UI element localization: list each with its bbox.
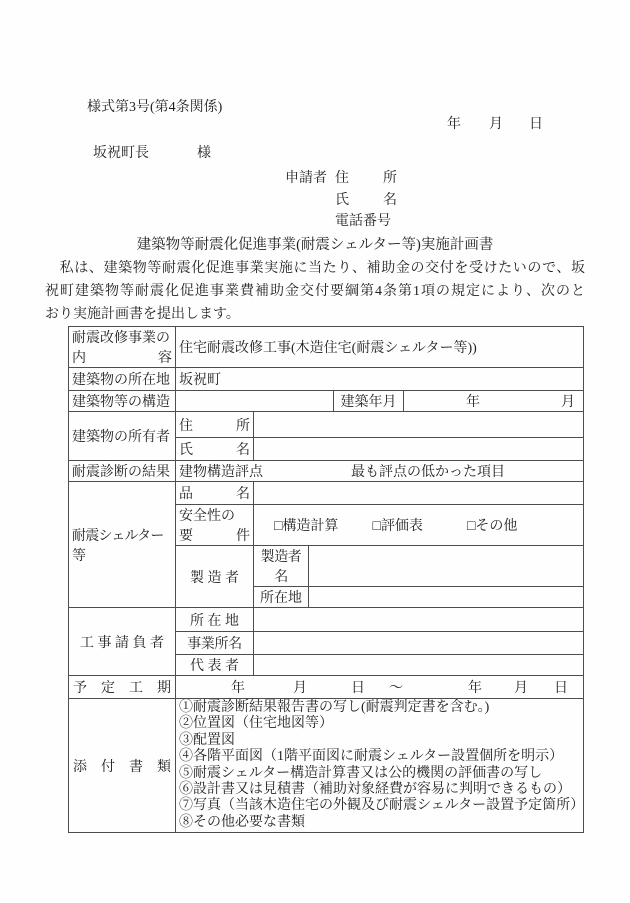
applicant-name-row: 氏 名 (285, 190, 397, 212)
applicant-block: 申請者 住 所 氏 名 電話番号 (285, 168, 397, 233)
row-planned-period: 予 定 工 期 年 月 日 ～ 年 月 日 (69, 676, 584, 699)
maker-address-value (309, 587, 584, 608)
row-owner-address: 建築物の所有者 住 所 (69, 412, 584, 438)
attachment-item: ⑤耐震シェルター構造計算書又は公的機関の評価書の写し (179, 766, 580, 782)
attachment-item: ⑧その他必要な書類 (179, 815, 580, 831)
applicant-address-label: 住 所 (335, 168, 397, 190)
built-year-label: 年 (466, 391, 480, 411)
body-line: おり実施計画書を提出します。 (45, 303, 585, 326)
date-day-label: 日 (529, 113, 543, 133)
contractor-label: 工 事 請 負 者 (69, 608, 176, 676)
applicant-address-row: 申請者 住 所 (285, 168, 397, 190)
addressee-honorific: 様 (197, 146, 211, 161)
row-shelter-product: 耐震シェルター等 品 名 (69, 482, 584, 505)
contractor-office-label: 事業所名 (176, 632, 254, 655)
attachment-item: ⑥設計書又は見積書（補助対象経費が容易に判明できるもの） (179, 782, 580, 798)
document-page: 様式第3号(第4条関係) 年 月 日 坂祝町長様 申請者 住 所 氏 名 電話番… (0, 0, 630, 903)
date-line: 年 月 日 (0, 113, 630, 133)
row-contractor-address: 工 事 請 負 者 所 在 地 (69, 608, 584, 632)
attachments-list: ①耐震診断結果報告書の写し(耐震判定書を含む。) ②位置図（住宅地図等） ③配置… (176, 699, 584, 833)
shelter-product-label: 品 名 (176, 482, 254, 505)
owner-address-value (254, 412, 584, 438)
building-structure-label: 建築物等の構造 (69, 391, 176, 412)
contractor-rep-value (254, 655, 584, 676)
body-line: 祝町建築物等耐震化促進事業費補助金交付要綱第4条第1項の規定により、次のと (45, 280, 585, 303)
contractor-office-value (254, 632, 584, 655)
addressee-line: 坂祝町長様 (93, 142, 211, 162)
application-table: 耐震改修事業の 内 容 住宅耐震改修工事(木造住宅(耐震シェルター等)) 建築物… (68, 326, 584, 833)
building-structure-value (176, 391, 334, 412)
contractor-rep-label: 代 表 者 (176, 655, 254, 676)
built-date-value: 年 月 (404, 391, 584, 412)
building-location-label: 建築物の所在地 (69, 368, 176, 391)
contractor-address-value (254, 608, 584, 632)
attachments-label: 添 付 書 類 (69, 699, 176, 833)
project-content-label: 耐震改修事業の 内 容 (69, 327, 176, 368)
planned-period-label: 予 定 工 期 (69, 676, 176, 699)
body-line: 私は、建築物等耐震化促進事業実施に当たり、補助金の交付を受けたいので、坂 (45, 257, 585, 280)
building-location-value: 坂祝町 (176, 368, 584, 391)
date-month-label: 月 (489, 113, 503, 133)
built-month-label: 月 (561, 391, 575, 411)
attachment-item: ④各階平面図（1階平面図に耐震シェルター設置個所を明示） (179, 749, 580, 765)
shelter-product-value (254, 482, 584, 505)
row-attachments: 添 付 書 類 ①耐震診断結果報告書の写し(耐震判定書を含む。) ②位置図（住宅… (69, 699, 584, 833)
body-paragraph: 私は、建築物等耐震化促進事業実施に当たり、補助金の交付を受けたいので、坂 祝町建… (45, 257, 585, 327)
attachment-item: ⑦写真（当該木造住宅の外観及び耐震シェルター設置予定箇所） (179, 798, 580, 814)
applicant-phone-row: 電話番号 (285, 211, 397, 233)
checkbox-structural-calc: □構造計算 (274, 515, 338, 535)
owner-label: 建築物の所有者 (69, 412, 176, 461)
shelter-label: 耐震シェルター等 (69, 482, 176, 608)
contractor-address-label: 所 在 地 (176, 608, 254, 632)
owner-address-label: 住 所 (176, 412, 254, 438)
shelter-safety-label: 安全性の 要 件 (176, 505, 254, 546)
date-year-label: 年 (447, 113, 461, 133)
attachment-item: ②位置図（住宅地図等） (179, 716, 580, 732)
maker-label: 製 造 者 (176, 546, 254, 608)
attachment-item: ③配置図 (179, 733, 580, 749)
project-content-value: 住宅耐震改修工事(木造住宅(耐震シェルター等)) (176, 327, 584, 368)
tilde-separator: ～ (389, 677, 403, 697)
checkbox-evaluation-sheet: □評価表 (372, 515, 422, 535)
diagnosis-result-value: 建物構造評点 最も評点の低かった項目 (176, 461, 584, 482)
row-building-location: 建築物の所在地 坂祝町 (69, 368, 584, 391)
attachment-item: ①耐震診断結果報告書の写し(耐震判定書を含む。) (179, 700, 580, 716)
document-title: 建築物等耐震化促進事業(耐震シェルター等)実施計画書 (0, 233, 630, 254)
maker-name-value (309, 546, 584, 587)
row-project-content: 耐震改修事業の 内 容 住宅耐震改修工事(木造住宅(耐震シェルター等)) (69, 327, 584, 368)
checkbox-icon: □ (372, 519, 380, 534)
lowest-score-item-label: 最も評点の低かった項目 (351, 461, 505, 481)
shelter-safety-options: □構造計算 □評価表 □その他 (254, 505, 584, 546)
maker-address-label: 所在地 (254, 587, 309, 608)
planned-period-value: 年 月 日 ～ 年 月 日 (176, 676, 584, 699)
addressee-name: 坂祝町長 (93, 146, 149, 161)
owner-name-label: 氏 名 (176, 438, 254, 461)
built-date-label: 建築年月 (334, 391, 404, 412)
applicant-name-label: 氏 名 (335, 190, 397, 212)
applicant-phone-label: 電話番号 (335, 211, 391, 233)
row-diagnosis-result: 耐震診断の結果 建物構造評点 最も評点の低かった項目 (69, 461, 584, 482)
row-building-structure: 建築物等の構造 建築年月 年 月 (69, 391, 584, 412)
checkbox-other: □その他 (467, 515, 517, 535)
diagnosis-result-label: 耐震診断の結果 (69, 461, 176, 482)
structure-score-label: 建物構造評点 (179, 461, 263, 481)
applicant-label: 申請者 (285, 168, 335, 190)
maker-name-label: 製造者名 (254, 546, 309, 587)
owner-name-value (254, 438, 584, 461)
